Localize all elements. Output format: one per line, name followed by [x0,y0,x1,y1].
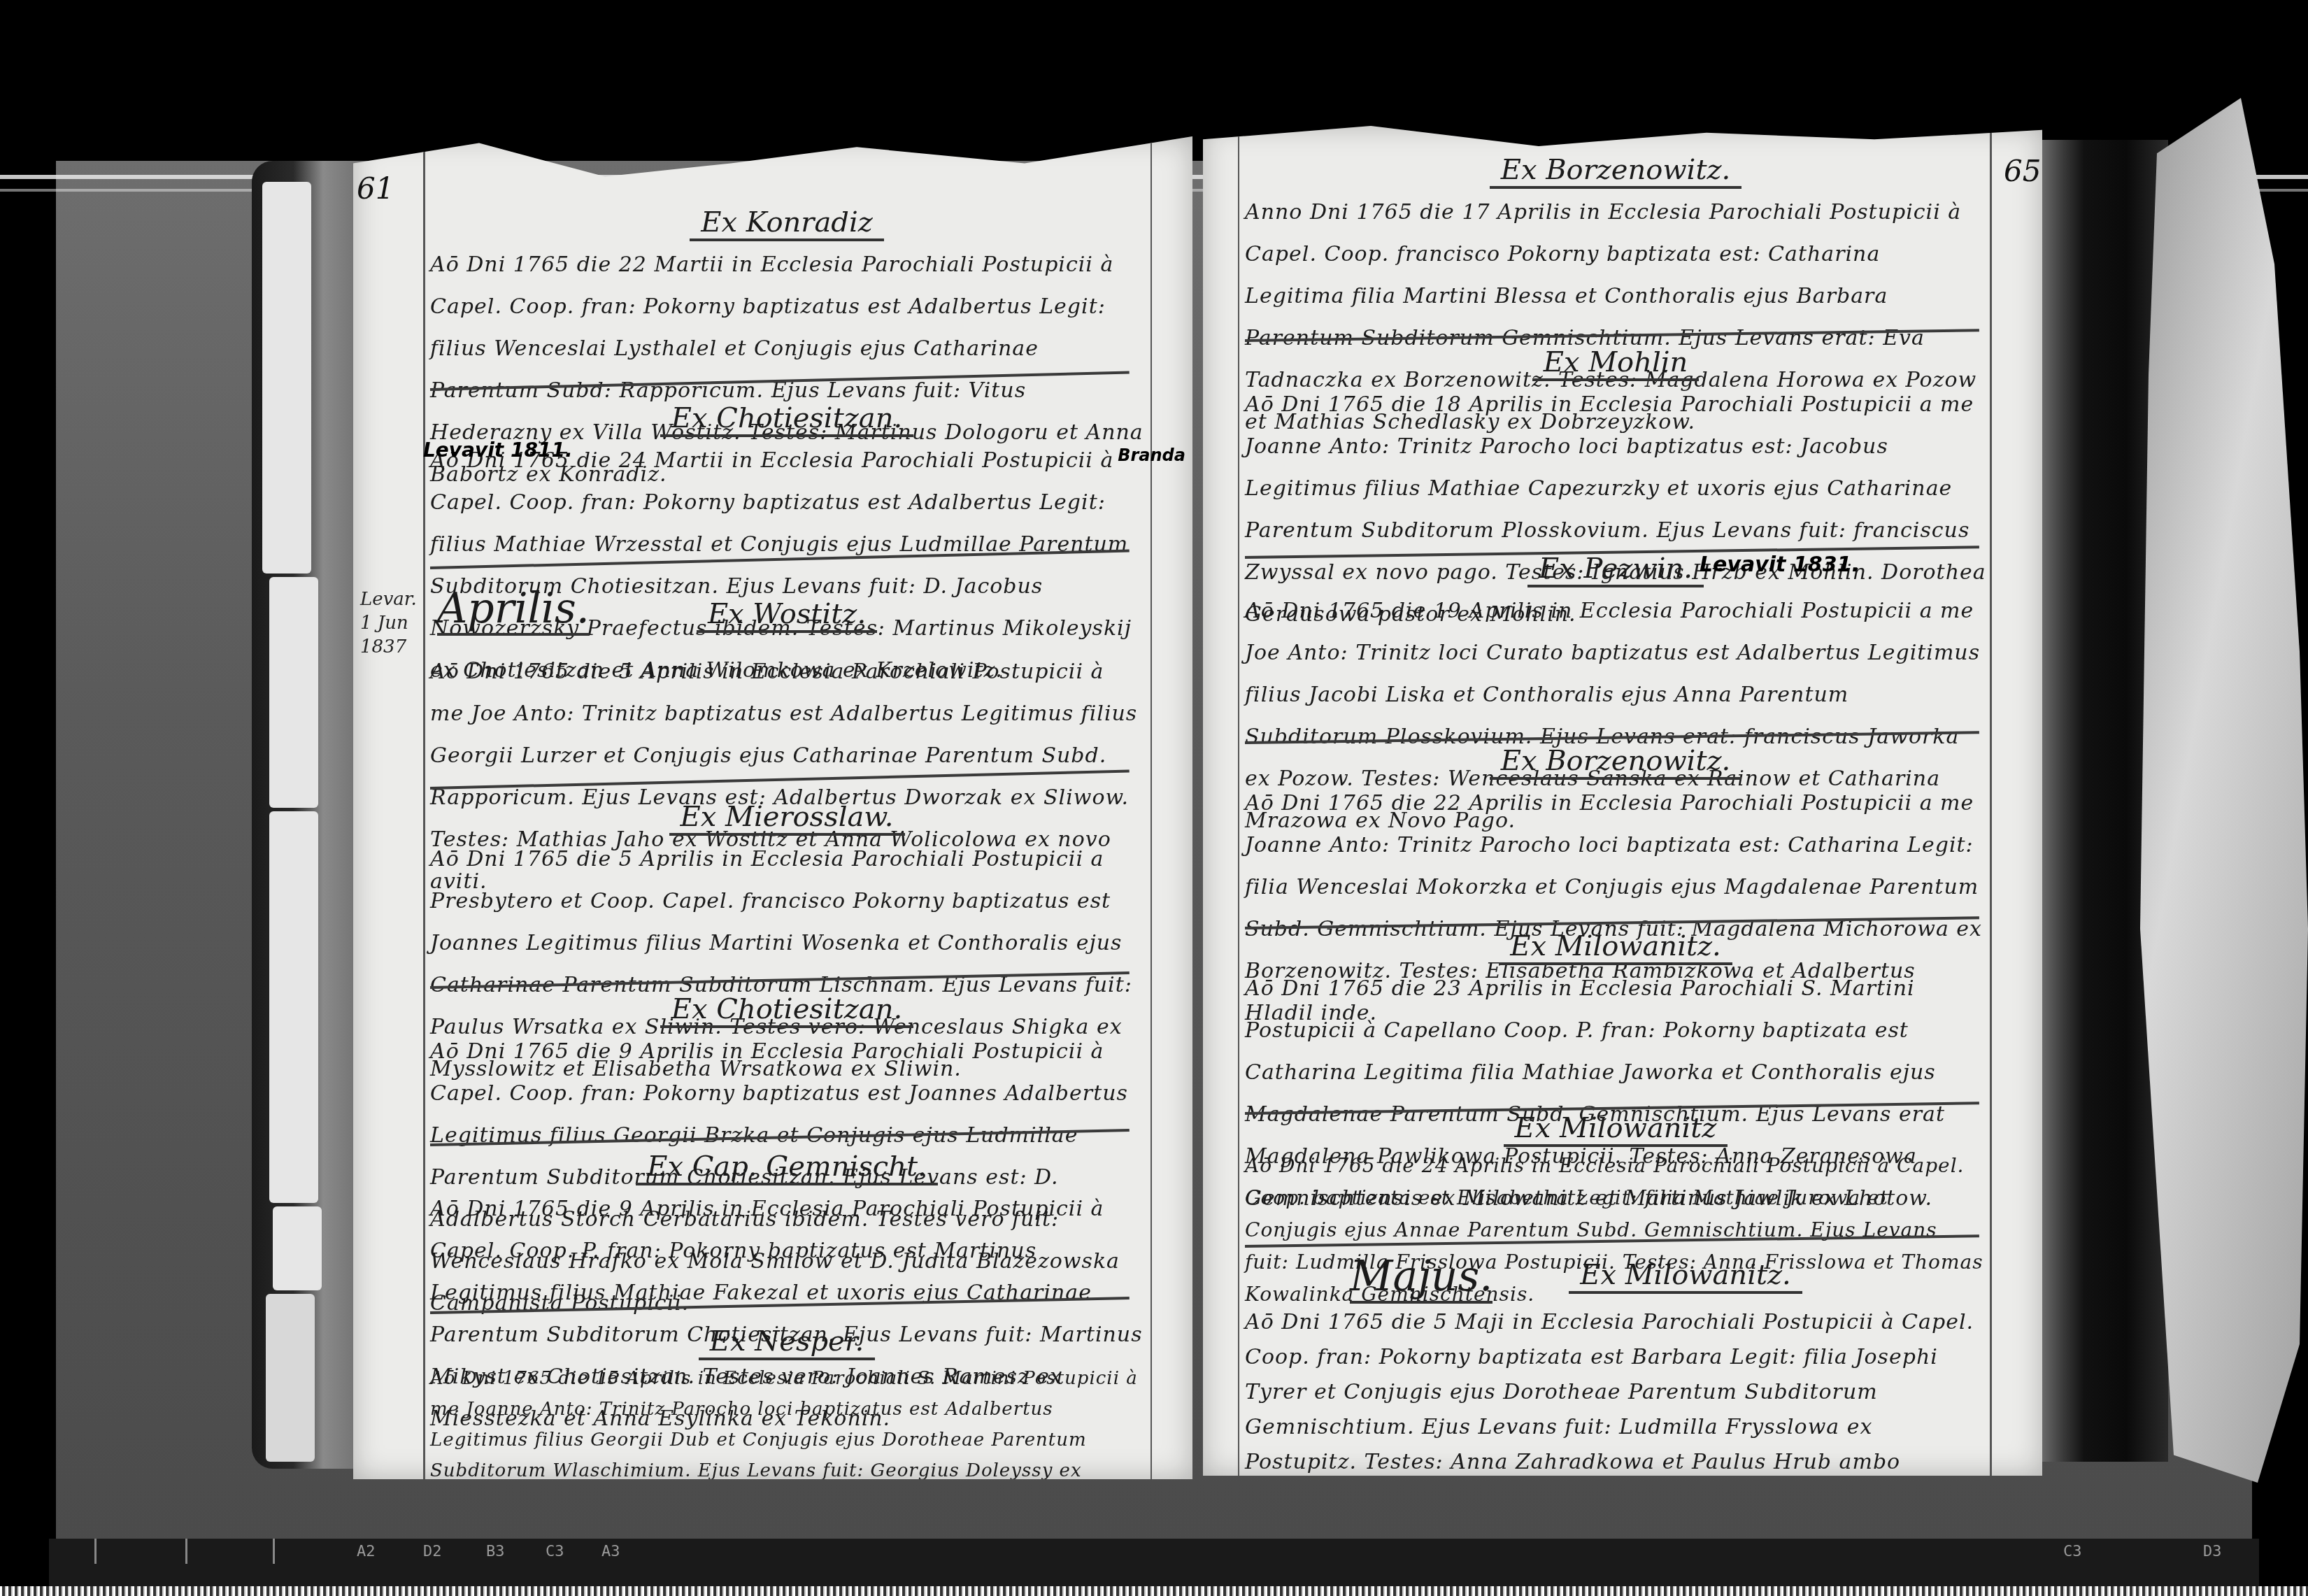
ruler-label: D2 [423,1543,442,1560]
ruler-label: D3 [2203,1543,2222,1560]
right-page: 65 Ex Borzenowitz. Anno Dni 1765 die 17 … [1203,126,2042,1476]
page-number: 65 [2004,154,2041,188]
entry-heading: Ex Pezwin. [1527,553,1704,587]
margin-note-line: Levar. [360,587,417,611]
margin-note-line: 1837 [360,635,417,659]
entry-heading: Ex Mohlin [1532,346,1700,381]
page-tab [266,1294,315,1462]
entry-heading: Ex Milowanitz. [1569,1259,1802,1294]
margin-note: Levar. 1 Jun 1837 [360,587,417,659]
page-number: 61 [357,171,394,206]
entry-heading: Ex Mierosslaw. [669,801,905,836]
entry-heading: Ex Nesper. [699,1325,875,1360]
entry-heading: Ex Chotiesitzan. [660,993,913,1028]
entry-heading: Ex Wostitz. [697,598,877,633]
entry-heading: Ex Milowanitz [1504,1112,1728,1147]
page-tab [269,577,318,808]
margin-rule [1238,126,1239,1476]
margin-rule [1151,136,1152,1479]
page-tab [269,811,318,1203]
entry-heading: Ex Cap. Gemnischt. [636,1150,938,1185]
month-heading: Aprilis. [437,584,590,636]
ruler-label: A3 [601,1543,620,1560]
ruler-label: A2 [357,1543,376,1560]
ruler-tick [185,1539,187,1564]
page-tab [273,1206,322,1290]
ruler-tick [94,1539,97,1564]
correction-annotation: Branda [1118,446,1185,465]
scan-artifact-strip [0,1586,2308,1596]
margin-rule [423,136,425,1479]
page-tab [262,182,311,573]
torn-loose-pages [2140,98,2308,1483]
entry-heading: Ex Chotiesitzan. [660,402,913,437]
month-heading: Majus. [1350,1252,1493,1304]
ruler-label: C3 [546,1543,564,1560]
margin-rule [1990,126,1992,1476]
entry-heading: Ex Borzenowitz. [1490,745,1742,780]
levavit-annotation: Levavit 1831. [1700,553,1860,577]
ruler-label: C3 [2063,1543,2082,1560]
entry-heading: Ex Konradiz [690,206,884,241]
left-page: 61 Levar. 1 Jun 1837 Ex Konradiz Aō Dni … [353,136,1192,1479]
entry-heading: Ex Borzenowitz. [1490,154,1742,189]
levavit-annotation: Levavit 1811. [423,439,573,462]
margin-note-line: 1 Jun [360,611,417,635]
ruler-tick [273,1539,275,1564]
ruler-label: B3 [486,1543,505,1560]
entry-heading: Ex Milowanitz. [1499,930,1732,965]
microfilm-ruler: A2 D2 B3 C3 A3 C3 D3 [49,1539,2259,1588]
